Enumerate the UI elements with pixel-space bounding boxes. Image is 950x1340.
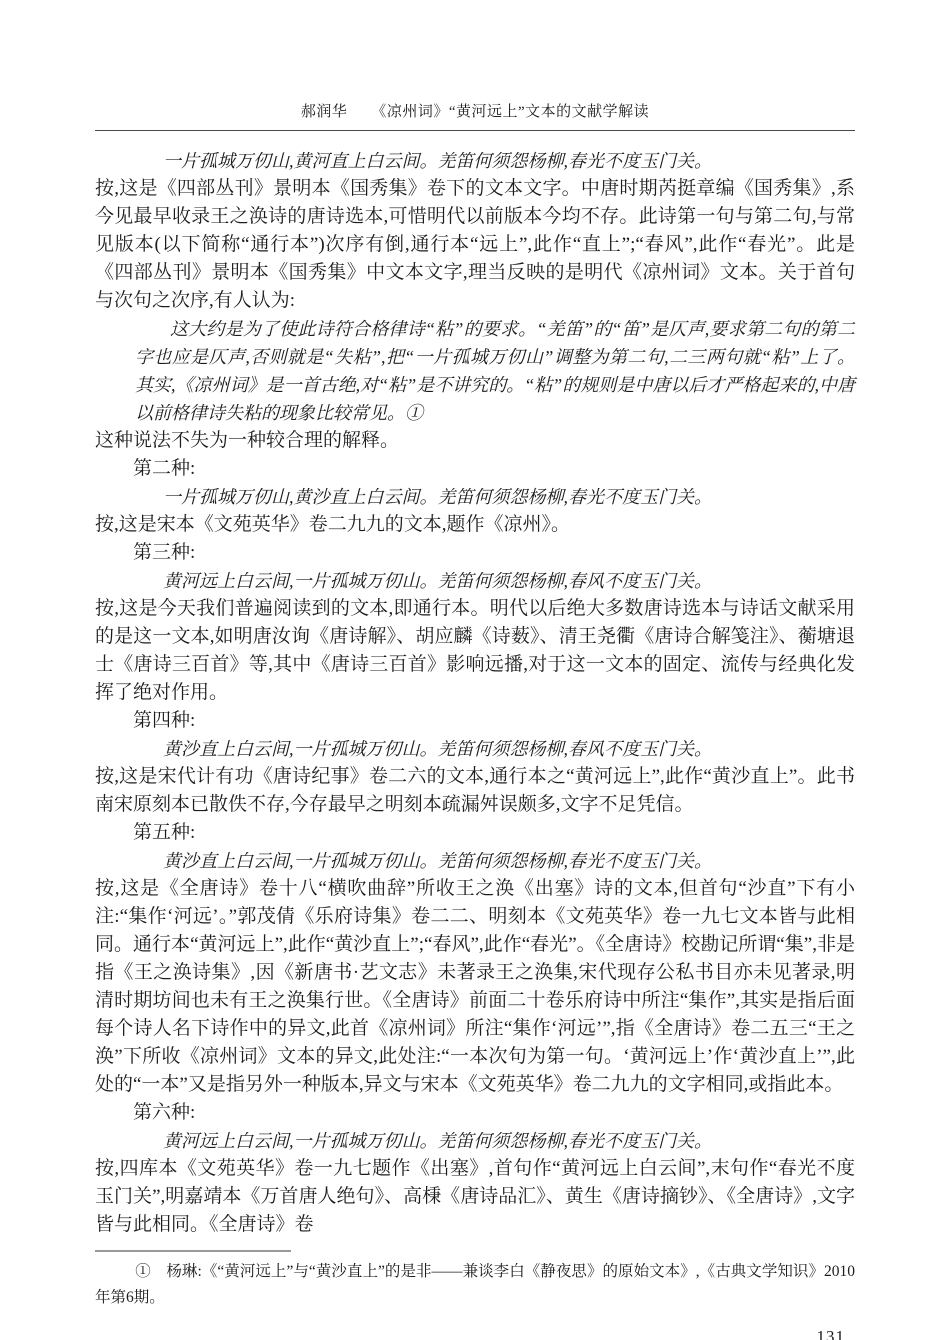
body-paragraph: 这种说法不失为一种较合理的解释。 [95,427,855,455]
poem-paragraph: 黄河远上白云间,一片孤城万仞山。羌笛何须怨杨柳,春光不度玉门关。 [95,1127,855,1155]
body-paragraph: 按,这是《全唐诗》卷十八“横吹曲辞”所收王之涣《出塞》诗的文本,但首句“沙直”下… [95,875,855,1099]
body-paragraph: 按,四库本《文苑英华》卷一九七题作《出塞》,首句作“黄河远上白云间”,末句作“春… [95,1155,855,1239]
poem-paragraph: 黄河远上白云间,一片孤城万仞山。羌笛何须怨杨柳,春风不度玉门关。 [95,567,855,595]
label-paragraph: 第五种: [95,819,855,847]
running-header-title: 《凉州词》“黄河远上”文本的文献学解读 [371,104,649,120]
label-paragraph: 第三种: [95,539,855,567]
body-paragraph: 按,这是宋代计有功《唐诗纪事》卷二六的文本,通行本之“黄河远上”,此作“黄沙直上… [95,763,855,819]
running-header: 郝润华《凉州词》“黄河远上”文本的文献学解读 [95,0,855,131]
label-paragraph: 第六种: [95,1099,855,1127]
paper-page: 郝润华《凉州词》“黄河远上”文本的文献学解读 一片孤城万仞山,黄河直上白云间。羌… [0,0,950,1340]
poem-paragraph: 黄沙直上白云间,一片孤城万仞山。羌笛何须怨杨柳,春风不度玉门关。 [95,735,855,763]
quote-paragraph: 这大约是为了使此诗符合格律诗“粘”的要求。“羌笛”的“笛”是仄声,要求第二句的第… [95,315,855,427]
body-paragraph: 按,这是《四部丛刊》景明本《国秀集》卷下的文本文字。中唐时期芮挺章编《国秀集》,… [95,175,855,315]
poem-paragraph: 一片孤城万仞山,黄沙直上白云间。羌笛何须怨杨柳,春光不度玉门关。 [95,483,855,511]
body-paragraph: 按,这是宋本《文苑英华》卷二九九的文本,题作《凉州》。 [95,511,855,539]
poem-paragraph: 一片孤城万仞山,黄河直上白云间。羌笛何须怨杨柳,春光不度玉门关。 [95,147,855,175]
footnote: ① 杨琳:《“黄河远上”与“黄沙直上”的是非——兼谈李白《静夜思》的原始文本》,… [95,1259,855,1311]
page-number: 131 [95,1327,855,1340]
footnote-separator [95,1250,291,1252]
label-paragraph: 第二种: [95,455,855,483]
body-paragraph: 按,这是今天我们普遍阅读到的文本,即通行本。明代以后绝大多数唐诗选本与诗话文献采… [95,595,855,707]
article-body: 一片孤城万仞山,黄河直上白云间。羌笛何须怨杨柳,春光不度玉门关。按,这是《四部丛… [95,147,855,1239]
poem-paragraph: 黄沙直上白云间,一片孤城万仞山。羌笛何须怨杨柳,春光不度玉门关。 [95,847,855,875]
label-paragraph: 第四种: [95,707,855,735]
running-header-author: 郝润华 [301,104,348,120]
